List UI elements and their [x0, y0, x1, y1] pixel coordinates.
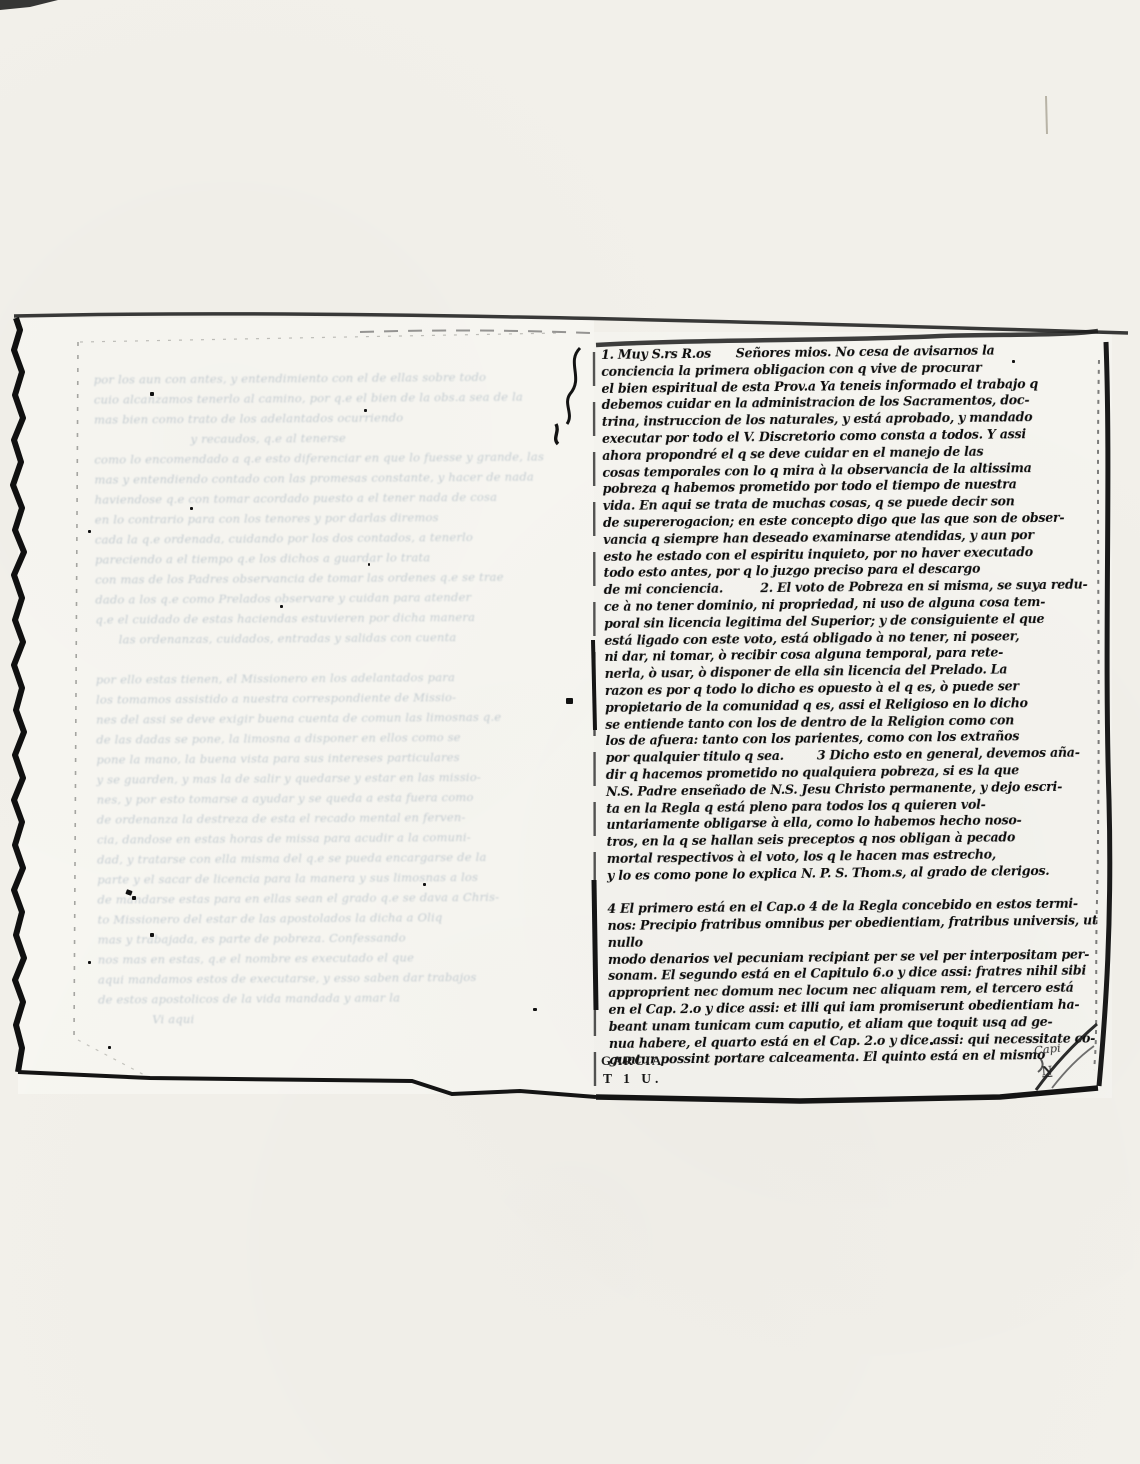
text-line: de mandarse estas para en ellas sean el … — [97, 886, 565, 909]
text-line: nos: Precipio fratribus omnibus per obed… — [607, 912, 1107, 951]
gathering-mark: T 1 U. — [603, 1071, 662, 1087]
bleed-through-text: por los aun con antes, y entendimiento c… — [94, 366, 567, 1029]
toner-speck — [280, 605, 283, 608]
toner-speck — [132, 896, 136, 900]
signature-mark-n: N — [1041, 1064, 1052, 1081]
catchword: Capi — [1033, 1041, 1061, 1058]
toner-speck — [108, 1046, 111, 1049]
toner-speck — [150, 392, 154, 396]
toner-speck — [1012, 360, 1015, 363]
printed-author-garcia: GARCIA — [601, 1053, 663, 1069]
fold-line — [1046, 96, 1047, 134]
ink-blot — [566, 698, 573, 704]
toner-speck — [364, 409, 367, 412]
text-line: nes del assi se deve exigir buena cuenta… — [96, 706, 564, 729]
text-line: haviendose q.e con tomar acordado puesto… — [95, 486, 563, 509]
toner-speck — [88, 961, 91, 964]
toner-speck — [190, 507, 193, 510]
toner-speck — [150, 933, 154, 937]
toner-speck — [368, 563, 370, 566]
toner-speck — [88, 530, 91, 533]
manuscript-text: 1. Muy S.rs R.os Señores mios. No cesa d… — [601, 341, 1109, 1069]
toner-speck — [533, 1008, 537, 1011]
corner-smudge — [0, 0, 58, 10]
scanned-manuscript-spread: por los aun con antes, y entendimiento c… — [0, 0, 1140, 1464]
text-line: con mas de los Padres observancia de tom… — [95, 566, 563, 589]
text-line: Vi aqui — [98, 1006, 566, 1029]
text-line: cuio alcanzamos tenerlo al camino, por q… — [94, 386, 562, 409]
toner-speck — [930, 1042, 933, 1045]
toner-speck — [423, 883, 426, 886]
